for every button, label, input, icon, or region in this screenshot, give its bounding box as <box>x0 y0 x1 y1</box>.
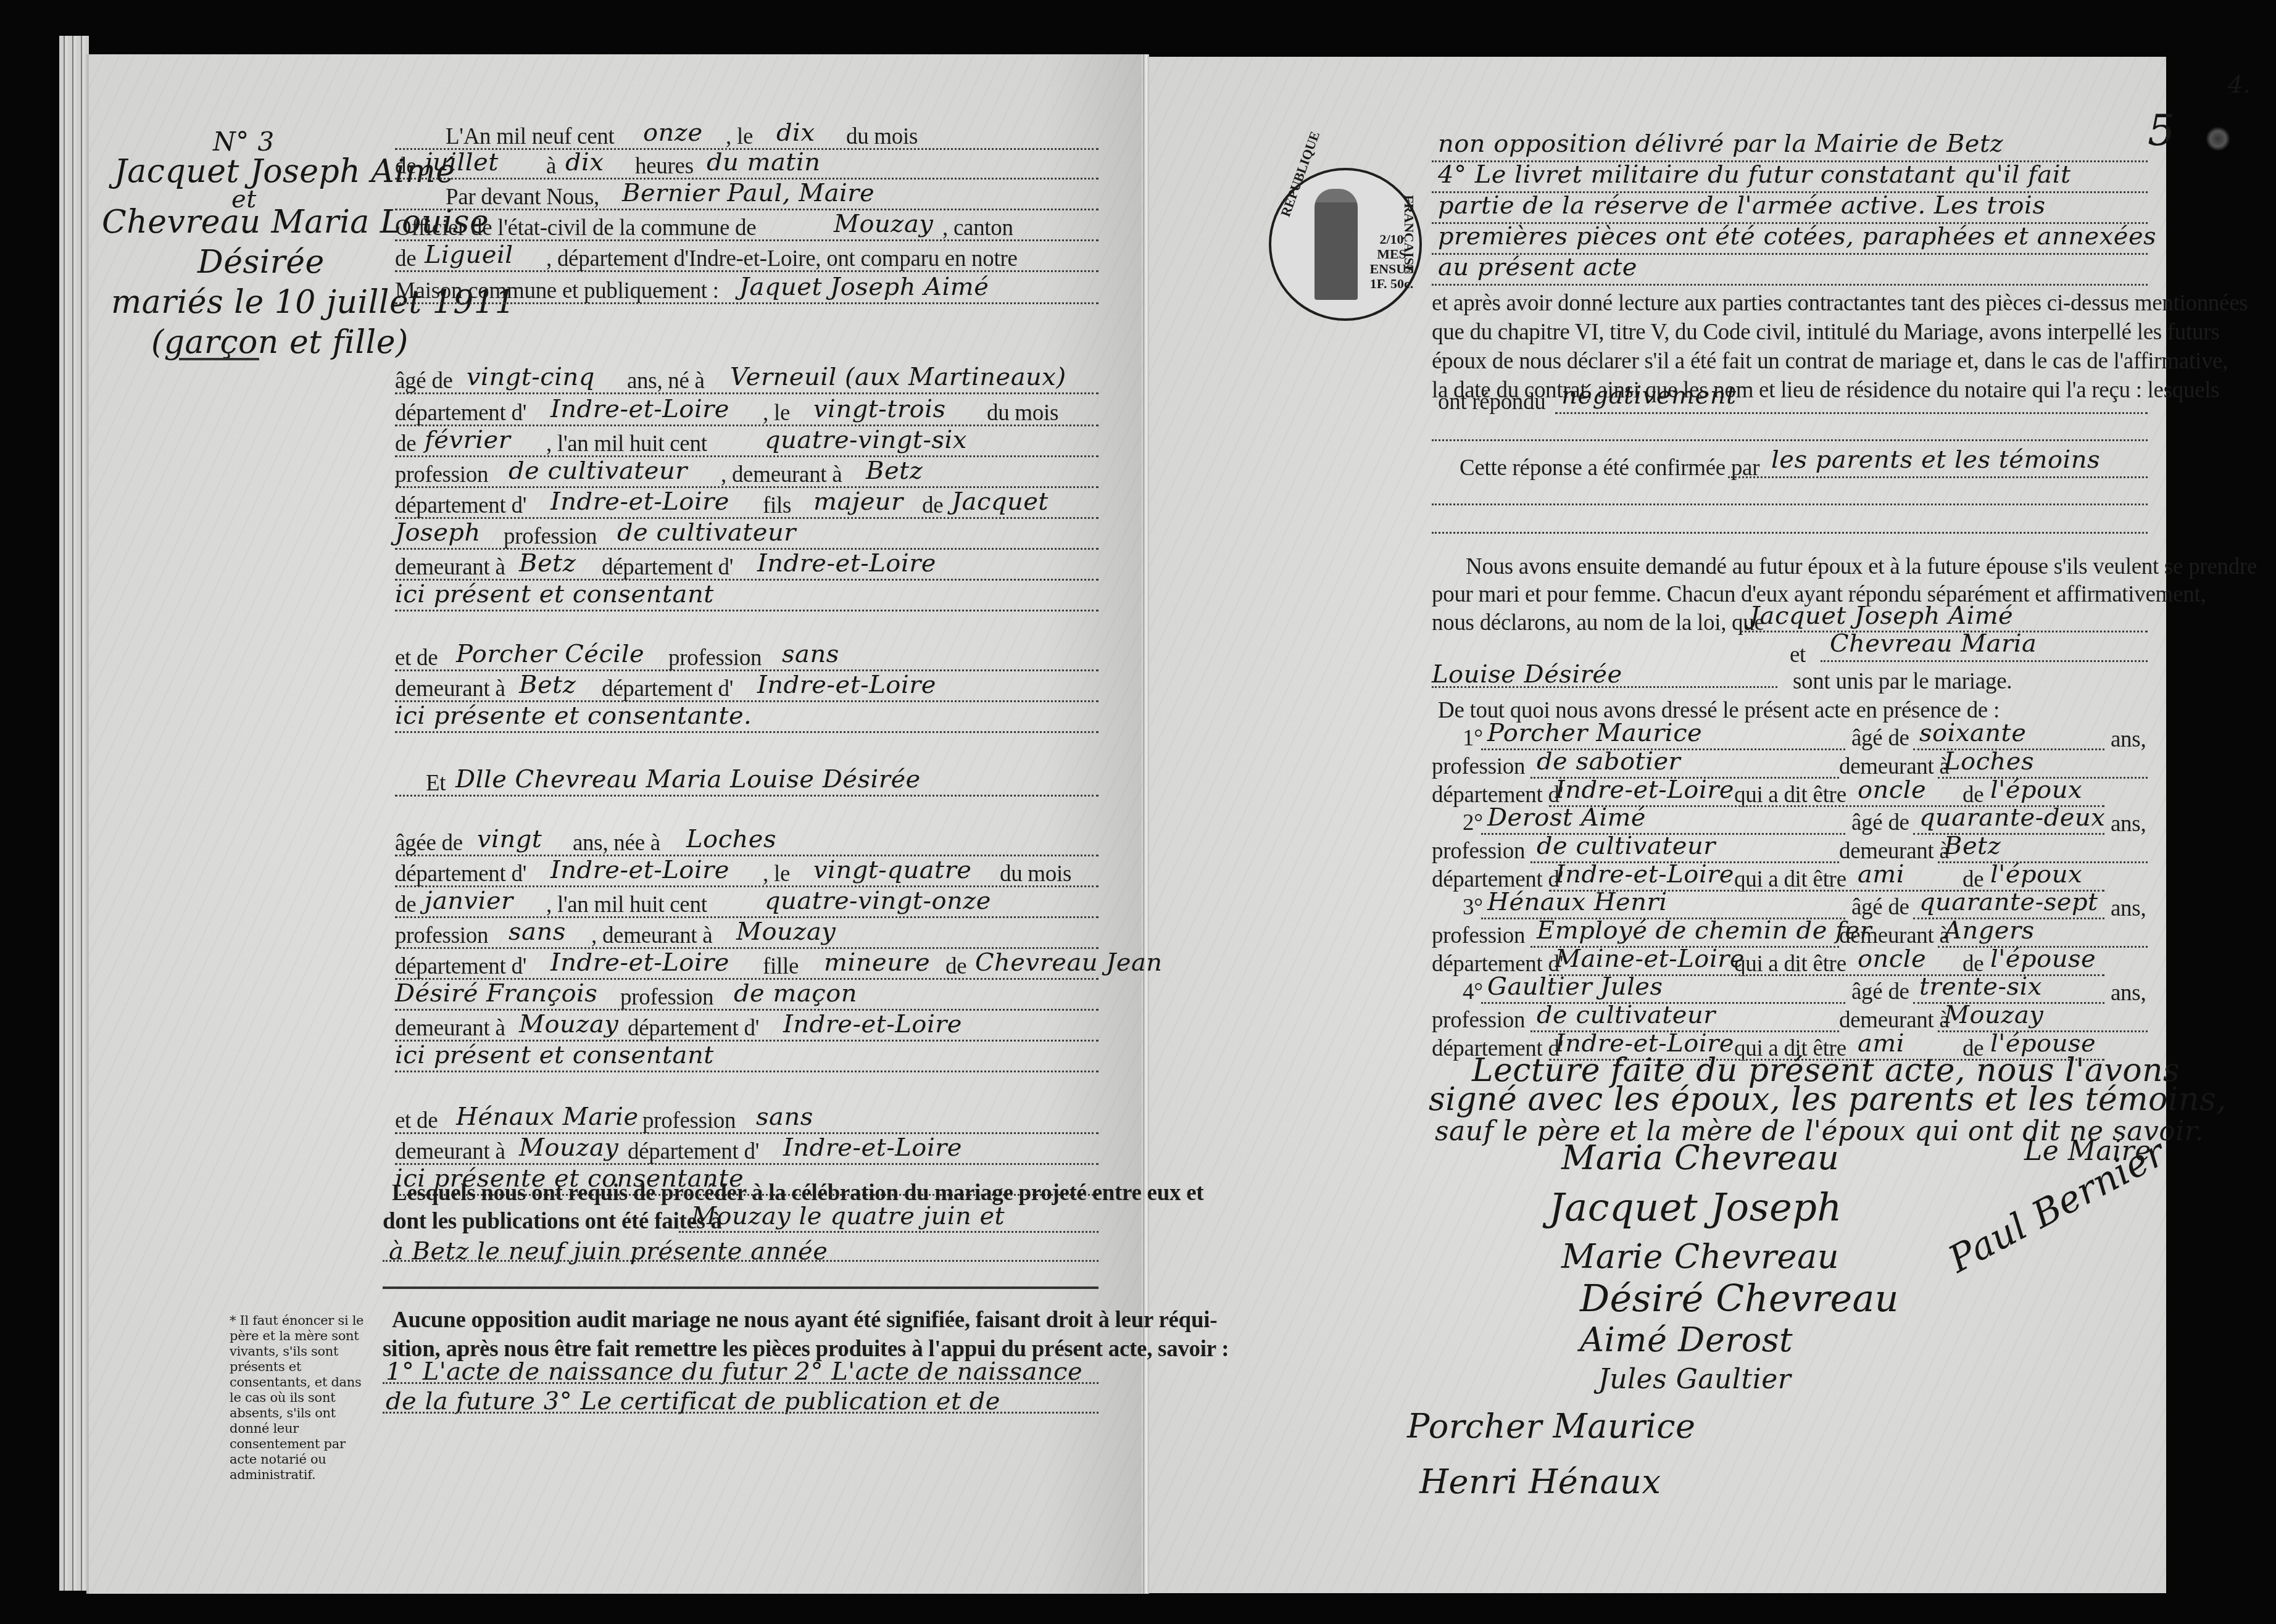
printed-label: Et <box>426 770 446 797</box>
handwritten-entry: du matin <box>707 148 821 176</box>
union-text-1: Nous avons ensuite demandé au futur épou… <box>1466 553 2257 580</box>
reading-line: et après avoir donné lecture aux parties… <box>1432 290 2248 317</box>
printed-label: et de <box>395 645 438 671</box>
handwritten-entry: Jaquet Joseph Aimé <box>739 273 989 301</box>
fill-line <box>383 1382 1099 1384</box>
printed-label: département d' <box>395 861 526 887</box>
witness-relation: oncle <box>1858 945 1926 973</box>
ans-label: ans, <box>2111 980 2146 1006</box>
opposition-text-1: Aucune opposition audit mariage ne nous … <box>392 1307 1217 1333</box>
printed-label: département d' <box>628 1015 759 1042</box>
handwritten-entry: Indre-et-Loire <box>550 487 729 516</box>
witness-residence: Angers <box>1944 916 2035 945</box>
fill-line <box>1432 686 1777 688</box>
handwritten-entry: ici présent et consentant <box>395 580 714 608</box>
witness-relation: ami <box>1858 860 1904 889</box>
handwritten-entry: Indre-et-Loire <box>757 549 936 578</box>
act-number: N° 3 <box>213 126 275 157</box>
handwritten-entry: Hénaux Marie <box>456 1103 639 1131</box>
justice-figure-icon <box>1315 189 1358 300</box>
printed-label: Officier de l'état-civil de la commune d… <box>395 215 756 241</box>
continuation-line: au présent acte <box>1438 253 1637 281</box>
age-label: âgé de <box>1851 725 1909 752</box>
relation-label: qui a dit être <box>1734 951 1846 977</box>
witness-profession: de sabotier <box>1537 747 1680 776</box>
witness-age: quarante-sept <box>1919 888 2098 916</box>
witness-number: 2° <box>1463 810 1483 836</box>
handwritten-entry: Indre-et-Loire <box>757 671 936 699</box>
profession-label: profession <box>1432 838 1525 864</box>
printed-label: demeurant à <box>395 676 505 702</box>
witness-profession: de cultivateur <box>1537 832 1716 860</box>
witness-number: 3° <box>1463 894 1483 921</box>
relation-label: qui a dit être <box>1734 782 1846 808</box>
handwritten-entry: de cultivateur <box>617 518 796 547</box>
printed-label: département d' <box>628 1138 759 1165</box>
fill-line <box>1432 284 2148 286</box>
printed-label: profession <box>668 645 762 671</box>
ans-label: ans, <box>2111 726 2146 753</box>
printed-label: département d' <box>602 676 733 702</box>
printed-label: Par devant Nous, <box>446 184 599 210</box>
continuation-line: partie de la réserve de l'armée active. … <box>1438 191 2045 220</box>
fill-line <box>1432 503 2148 505</box>
fill-line <box>395 1009 1099 1011</box>
profession-label: profession <box>1432 922 1525 949</box>
closing-line-2: signé avec les époux, les parents et les… <box>1429 1081 2227 1118</box>
handwritten-entry: dix <box>565 148 604 176</box>
union-text-3: nous déclarons, au nom de la loi, que <box>1432 610 1764 636</box>
handwritten-entry: vingt <box>477 825 542 853</box>
printed-label: , canton <box>942 215 1013 241</box>
printed-label: , l'an mil huit cent <box>546 431 707 457</box>
fill-line <box>1821 660 2148 662</box>
ink-blot <box>2206 126 2230 151</box>
revenue-stamp: RÉPUBLIQUE 2/10 MES ENSUS 1F. 50c. FRANÇ… <box>1269 168 1422 321</box>
section-rule <box>383 1286 1099 1289</box>
printed-label: de <box>395 246 416 272</box>
handwritten-entry: de maçon <box>734 979 857 1008</box>
handwritten-entry: Betz <box>866 457 923 485</box>
witness-residence: Mouzay <box>1944 1001 2043 1029</box>
printed-label: , le <box>726 123 753 150</box>
reading-line: que du chapitre VI, titre V, du Code civ… <box>1432 319 2219 346</box>
witness-number: 1° <box>1463 725 1483 752</box>
witness-name: Hénaux Henri <box>1487 888 1667 916</box>
handwritten-entry: Indre-et-Loire <box>550 856 729 884</box>
fill-line <box>1432 532 2148 534</box>
handwritten-entry: Verneuil (aux Martineaux) <box>730 363 1066 391</box>
fill-line <box>679 1231 1099 1233</box>
printed-label: ans, né à <box>627 368 705 394</box>
confirmed-value: les parents et les témoins <box>1771 445 2100 474</box>
stamp-francaise: FRANÇAISE <box>1401 195 1417 274</box>
handwritten-entry: janvier <box>425 887 513 915</box>
handwritten-entry: Betz <box>519 671 576 699</box>
printed-label: demeurant à <box>395 554 505 581</box>
handwritten-entry: Mouzay <box>519 1010 618 1038</box>
fill-line <box>1728 476 2148 478</box>
handwritten-entry: Indre-et-Loire <box>550 395 729 423</box>
requisition-text-2: dont les publications ont été faites à <box>383 1208 722 1235</box>
stamp-value-bottom: 1F. 50c. <box>1364 276 1419 291</box>
relation-label: qui a dit être <box>1734 866 1846 893</box>
handwritten-entry: vingt-trois <box>813 395 945 423</box>
fill-line <box>1913 833 2104 835</box>
reading-line: la date du contrat, ainsi que les nom et… <box>1432 377 2219 404</box>
union-bride-a: Chevreau Maria <box>1830 629 2037 658</box>
fill-line <box>395 855 1099 856</box>
fill-line <box>395 1132 1099 1134</box>
printed-label: profession <box>395 462 488 488</box>
witness-name: Gaultier Jules <box>1487 972 1663 1001</box>
handwritten-entry: Indre-et-Loire <box>783 1010 962 1038</box>
fill-line <box>1432 439 2148 441</box>
printed-label: département d' <box>395 953 526 980</box>
printed-label: L'An mil neuf cent <box>446 123 615 150</box>
handwritten-entry: sans <box>509 918 566 946</box>
fill-line <box>395 731 1099 733</box>
handwritten-entry: de cultivateur <box>509 457 687 485</box>
printed-label: , département d'Indre-et-Loire, ont comp… <box>546 246 1018 272</box>
handwritten-entry: Dlle Chevreau Maria Louise Désirée <box>455 765 921 793</box>
signature-bride: Maria Chevreau <box>1561 1138 1839 1177</box>
printed-label: demeurant à <box>395 1015 505 1042</box>
handwritten-entry: Bernier Paul, Maire <box>622 179 874 207</box>
printed-label: Maison commune et publiquement : <box>395 278 719 304</box>
folio-number-4: 4. <box>2228 71 2251 98</box>
handwritten-entry: majeur <box>813 487 903 516</box>
margin-bride-name-2: Désirée <box>197 244 325 281</box>
witness-number: 4° <box>1463 979 1483 1005</box>
printed-label: , demeurant à <box>721 462 842 488</box>
handwritten-entry: onze <box>643 118 703 147</box>
printed-label: profession <box>504 523 597 550</box>
confirmed-label: Cette réponse a été confirmée par <box>1460 455 1759 481</box>
fill-line <box>395 392 1099 394</box>
printed-label: ans, née à <box>573 830 660 856</box>
handwritten-entry: juillet <box>425 148 499 176</box>
witness-name: Porcher Maurice <box>1487 719 1702 747</box>
printed-label: demeurant à <box>395 1138 505 1165</box>
witness-residence: Loches <box>1944 747 2034 776</box>
profession-label: profession <box>1432 753 1525 780</box>
printed-label: département d' <box>395 400 526 426</box>
fill-line <box>383 1412 1099 1414</box>
handwritten-entry: quatre-vingt-six <box>765 426 967 454</box>
printed-label: du mois <box>1000 861 1071 887</box>
union-et: et <box>1790 642 1806 668</box>
union-groom: Jacquet Joseph Aimé <box>1750 602 2013 630</box>
printed-label: , l'an mil huit cent <box>546 892 707 918</box>
printed-label: et de <box>395 1108 438 1134</box>
witness-relation-of: l'épouse <box>1990 945 2096 973</box>
handwritten-entry: Ligueil <box>425 241 513 269</box>
printed-label: de <box>945 953 966 980</box>
witness-department: Indre-et-Loire <box>1555 776 1734 804</box>
fill-line <box>395 610 1099 611</box>
printed-label: , demeurant à <box>591 922 712 949</box>
signature-groom: Jacquet Joseph <box>1549 1185 1842 1230</box>
signature-witness-porcher: Porcher Maurice <box>1407 1407 1695 1446</box>
fill-line <box>1555 412 2148 414</box>
witness-relation-of: l'époux <box>1990 776 2082 804</box>
witness-age: trente-six <box>1919 972 2042 1001</box>
handwritten-entry: Mouzay <box>519 1133 618 1162</box>
witness-age: quarante-deux <box>1919 803 2105 832</box>
fill-line <box>383 1260 1099 1262</box>
printed-label: du mois <box>846 123 918 150</box>
printed-label: département d' <box>395 492 526 519</box>
footnote: * Il faut énoncer si le père et la mère … <box>230 1313 372 1483</box>
union-text-4: sont unis par le mariage. <box>1793 668 2012 695</box>
fill-line <box>395 795 1099 797</box>
printed-label: département d' <box>602 554 733 581</box>
witness-department: Maine-et-Loire <box>1555 945 1745 973</box>
book-gutter <box>1143 54 1149 1594</box>
printed-label: de <box>395 153 416 180</box>
witness-relation: oncle <box>1858 776 1926 804</box>
book-page-edges <box>59 36 89 1591</box>
printed-label: âgée de <box>395 830 463 856</box>
handwritten-entry: sans <box>756 1103 813 1131</box>
printed-label: âgé de <box>395 368 453 394</box>
handwritten-entry: Joseph <box>395 518 481 547</box>
ans-label: ans, <box>2111 895 2146 922</box>
signature-witness-derost: Aimé Derost <box>1580 1320 1793 1359</box>
witness-department: Indre-et-Loire <box>1555 860 1734 889</box>
witness-profession: de cultivateur <box>1537 1001 1716 1029</box>
printed-label: fils <box>763 492 791 519</box>
handwritten-entry: Mouzay <box>834 210 933 238</box>
continuation-line: 4° Le livret militaire du futur constata… <box>1438 160 2071 189</box>
publication-places-1: Mouzay le quatre juin et <box>691 1202 1005 1230</box>
handwritten-entry: sans <box>782 640 839 668</box>
witness-name: Derost Aimé <box>1487 803 1646 832</box>
printed-label: , le <box>763 861 790 887</box>
handwritten-entry: Désiré François <box>395 979 597 1008</box>
printed-label: profession <box>395 922 488 949</box>
handwritten-entry: vingt-quatre <box>813 856 971 884</box>
handwritten-entry: Jacquet <box>952 487 1049 516</box>
printed-label: , le <box>763 400 790 426</box>
printed-label: à <box>546 153 556 180</box>
handwritten-entry: Chevreau Jean <box>975 948 1163 977</box>
fill-line <box>395 455 1099 457</box>
answer-label: ont répondu <box>1438 389 1545 415</box>
reading-line: époux de nous déclarer s'il a été fait u… <box>1432 348 2228 375</box>
profession-label: profession <box>1432 1007 1525 1034</box>
margin-underline <box>179 358 259 360</box>
handwritten-entry: mineure <box>824 948 930 977</box>
handwritten-entry: Mouzay <box>736 918 836 946</box>
fill-line <box>395 1071 1099 1072</box>
age-label: âgé de <box>1851 810 1909 836</box>
printed-label: profession <box>620 984 713 1011</box>
continuation-line: premières pièces ont été cotées, paraphé… <box>1438 222 2156 251</box>
continuation-line: non opposition délivré par la Mairie de … <box>1438 130 2003 158</box>
handwritten-entry: vingt-cinq <box>467 363 595 391</box>
printed-label: fille <box>763 953 799 980</box>
printed-label: du mois <box>987 400 1058 426</box>
signature-bride-mother: Marie Chevreau <box>1561 1237 1839 1276</box>
handwritten-entry: quatre-vingt-onze <box>765 887 991 915</box>
printed-label: de <box>922 492 943 519</box>
fill-line <box>395 548 1099 550</box>
handwritten-entry: Indre-et-Loire <box>550 948 729 977</box>
ans-label: ans, <box>2111 811 2146 837</box>
union-bride-b: Louise Désirée <box>1432 660 1622 689</box>
signature-witness-henaux: Henri Hénaux <box>1419 1462 1661 1501</box>
printed-label: de <box>395 431 416 457</box>
handwritten-entry: Loches <box>686 825 776 853</box>
witness-profession: Employé de chemin de fer <box>1537 916 1872 945</box>
margin-note: (garçon et fille) <box>151 324 409 361</box>
handwritten-entry: dix <box>776 118 815 147</box>
signature-bride-father: Désiré Chevreau <box>1580 1277 1899 1320</box>
witness-residence: Betz <box>1944 832 2001 860</box>
handwritten-entry: février <box>425 426 510 454</box>
witness-relation-of: l'époux <box>1990 860 2082 889</box>
printed-label: de <box>395 892 416 918</box>
handwritten-entry: Porcher Cécile <box>456 640 644 668</box>
handwritten-entry: ici présente et consentante. <box>395 702 752 730</box>
printed-label: profession <box>642 1108 736 1134</box>
printed-label: heures <box>635 153 694 180</box>
handwritten-entry: Indre-et-Loire <box>783 1133 962 1162</box>
witness-age: soixante <box>1919 719 2026 747</box>
age-label: âgé de <box>1851 979 1909 1005</box>
signature-witness-gaultier: Jules Gaultier <box>1598 1364 1791 1395</box>
folio-number-5: 5 <box>2148 105 2175 155</box>
answer-value: négativement <box>1561 381 1736 410</box>
handwritten-entry: Betz <box>519 549 576 578</box>
handwritten-entry: ici présent et consentant <box>395 1041 714 1069</box>
